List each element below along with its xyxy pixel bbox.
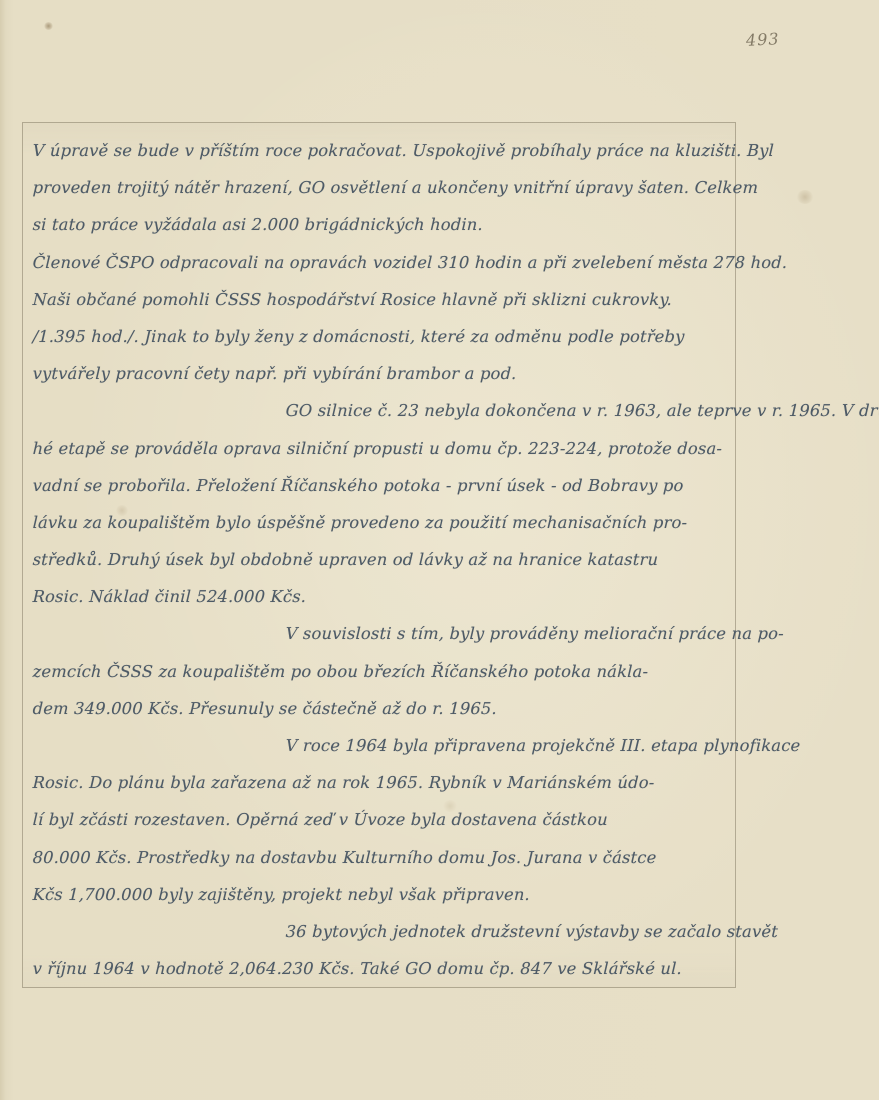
text-line: lí byl zčásti rozestaven. Opěrná zeď v Ú… xyxy=(23,801,736,838)
paper-blemish xyxy=(44,22,53,30)
text-line: Rosic. Do plánu byla zařazena až na rok … xyxy=(23,764,736,801)
text-line: zemcích ČSSS za koupalištěm po obou břez… xyxy=(23,653,736,690)
text-line: V úpravě se bude v příštím roce pokračov… xyxy=(23,132,736,169)
text-line: proveden trojitý nátěr hrazení, GO osvět… xyxy=(23,169,736,206)
text-line: vadní se probořila. Přeložení Říčanského… xyxy=(23,467,736,504)
handwritten-text-block: V úpravě se bude v příštím roce pokračov… xyxy=(22,122,736,988)
text-line: Rosic. Náklad činil 524.000 Kčs. xyxy=(23,578,736,615)
text-line: dem 349.000 Kčs. Přesunuly se částečně a… xyxy=(23,690,736,727)
text-line: V roce 1964 byla připravena projekčně II… xyxy=(23,727,736,764)
text-line: v říjnu 1964 v hodnotě 2,064.230 Kčs. Ta… xyxy=(23,950,736,987)
text-line: GO silnice č. 23 nebyla dokončena v r. 1… xyxy=(23,392,736,429)
text-line: Naši občané pomohli ČSSS hospodářství Ro… xyxy=(23,281,736,318)
text-line: 80.000 Kčs. Prostředky na dostavbu Kultu… xyxy=(23,839,736,876)
text-line: V souvislosti s tím, byly prováděny meli… xyxy=(23,615,736,652)
text-line: vytvářely pracovní čety např. při vybírá… xyxy=(23,355,736,392)
text-line: 36 bytových jednotek družstevní výstavby… xyxy=(23,913,736,950)
text-line: si tato práce vyžádala asi 2.000 brigádn… xyxy=(23,206,736,243)
paper-blemish xyxy=(797,190,813,204)
text-line: lávku za koupalištěm bylo úspěšně proved… xyxy=(23,504,736,541)
chronicle-page: 493 V úpravě se bude v příštím roce pokr… xyxy=(0,0,879,1100)
text-line: /1.395 hod./. Jinak to byly ženy z domác… xyxy=(23,318,736,355)
text-line: hé etapě se prováděla oprava silniční pr… xyxy=(23,430,736,467)
page-number: 493 xyxy=(746,29,780,50)
text-line: středků. Druhý úsek byl obdobně upraven … xyxy=(23,541,736,578)
text-line: Kčs 1,700.000 byly zajištěny, projekt ne… xyxy=(23,876,736,913)
text-line: Členové ČSPO odpracovali na opravách voz… xyxy=(23,244,736,281)
